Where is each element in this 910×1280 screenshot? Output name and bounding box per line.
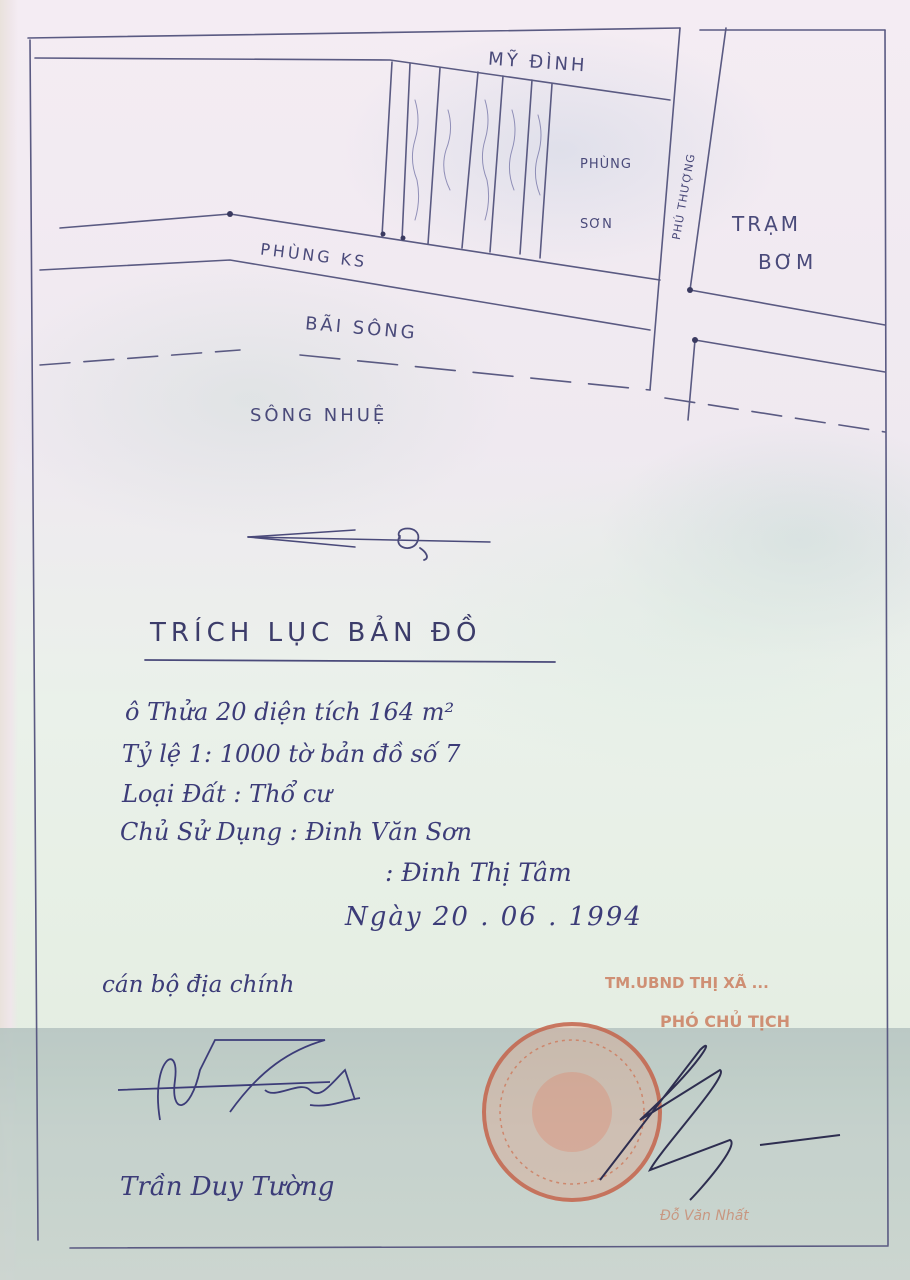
detail-plot-area: ô Thửa 20 diện tích 164 m² (125, 698, 454, 726)
frame-bottom (70, 1246, 888, 1248)
detail-land-type: Loại Đất : Thổ cư (122, 780, 332, 808)
label-pump-station-2: BƠM (758, 250, 816, 274)
right-signatory-header: TM.UBND THỊ XÃ ... (605, 974, 769, 992)
left-signatory-name: Trần Duy Tường (120, 1172, 334, 1202)
document-title: TRÍCH LỤC BẢN ĐỒ (150, 618, 481, 648)
right-signatory-title: PHÓ CHỦ TỊCH (660, 1012, 790, 1031)
detail-owner-1: Chủ Sử Dụng : Đinh Văn Sơn (120, 818, 472, 846)
label-pump-station-1: TRẠM (732, 212, 801, 236)
detail-date: Ngày 20 . 06 . 1994 (345, 902, 643, 932)
label-river: SÔNG NHUỆ (250, 405, 387, 426)
frame-right (885, 30, 888, 1245)
north-arrow-icon (248, 529, 490, 561)
detail-owner-2: : Đinh Thị Tâm (385, 858, 572, 887)
right-signatory-name: Đỗ Văn Nhất (660, 1208, 749, 1224)
detail-scale: Tỷ lệ 1: 1000 tờ bản đồ số 7 (122, 740, 460, 768)
frame-left (30, 40, 38, 1240)
official-stamp-icon (484, 1024, 660, 1200)
left-signature-icon (118, 1040, 360, 1120)
label-right-block: PHÙNG SƠN (580, 135, 640, 255)
frame-top (28, 28, 680, 38)
left-signatory-title: cán bộ địa chính (102, 972, 294, 998)
